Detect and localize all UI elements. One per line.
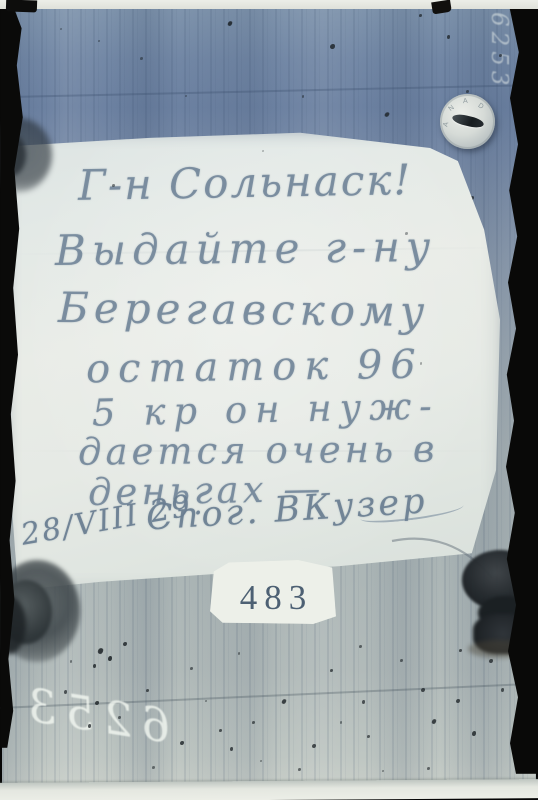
number-label: 483 <box>210 560 336 624</box>
wood-speck <box>340 721 342 724</box>
wood-speck <box>205 700 207 702</box>
wood-speck <box>60 28 62 30</box>
wood-speck <box>238 652 240 655</box>
wood-speck <box>98 40 100 42</box>
wood-speck <box>302 95 304 98</box>
handwritten-note: Г-н Сольнаск! Выдайте г-ну Берегавскому … <box>8 130 504 592</box>
wood-speck <box>420 362 422 365</box>
number-label-text: 483 <box>210 578 336 618</box>
wood-speck <box>70 660 72 663</box>
pushpin-rim-letter: D <box>476 102 484 111</box>
film-border-top <box>0 0 538 9</box>
wood-speck <box>262 150 264 152</box>
note-line-1: Г-н Сольнаск! <box>78 155 413 210</box>
archival-photo: 6253 6253 Г-н Сольнаск! Выдайте г-ну Бер… <box>0 0 538 800</box>
pushpin-icon: A N A D <box>440 94 495 149</box>
wood-speck <box>260 760 262 762</box>
pushpin-rim-letter: N <box>447 104 455 113</box>
note-line-6: дается очень в <box>78 427 439 473</box>
note-line-3: Берегавскому <box>58 283 430 336</box>
pushpin-rim-letter: A <box>463 98 468 105</box>
note-line-2: Выдайте г-ну <box>55 222 437 275</box>
film-edge-mark <box>6 0 37 13</box>
pushpin-slot <box>451 113 484 130</box>
plate-number-vertical: 6253 <box>486 12 512 91</box>
wood-speck <box>382 770 384 772</box>
wood-speck <box>185 95 187 97</box>
pushpin-rim-letter: A <box>442 121 450 127</box>
film-border-bottom <box>0 779 538 800</box>
